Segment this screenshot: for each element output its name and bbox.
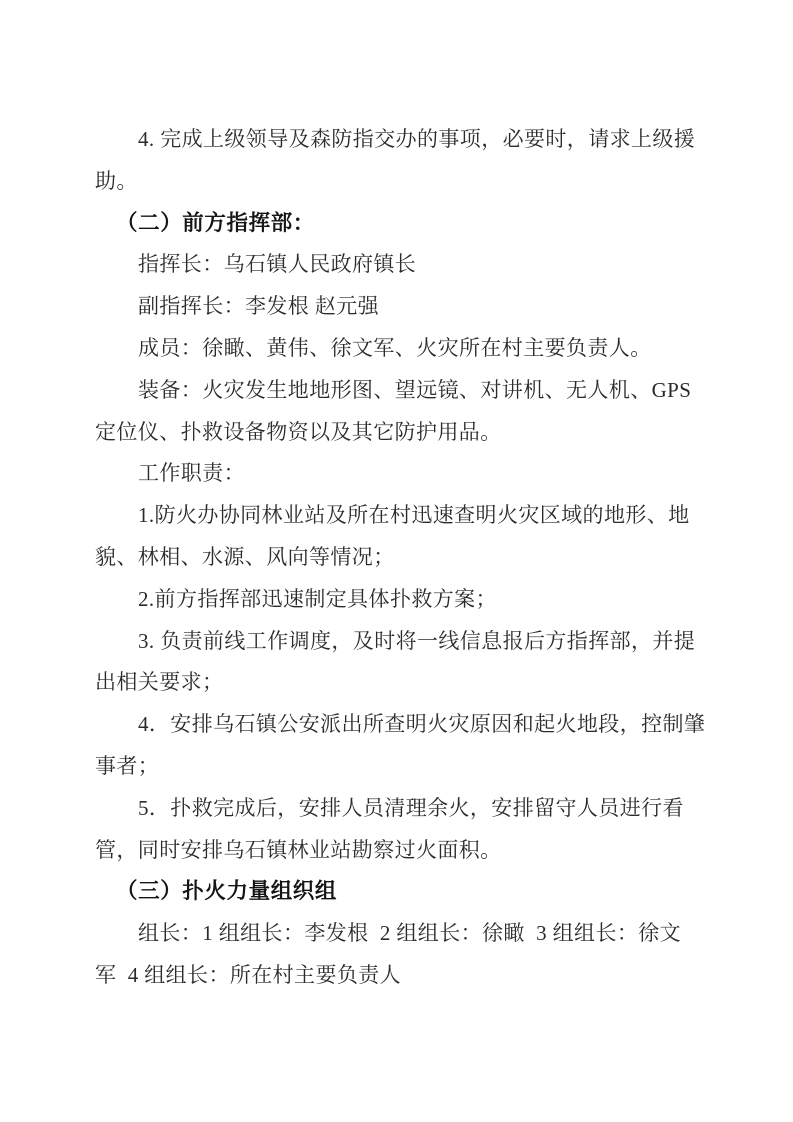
text-line: 成员：徐瞰、黄伟、徐文军、火灾所在村主要负责人。 [95,328,709,370]
text-line: 2.前方指挥部迅速制定具体扑救方案； [95,579,709,621]
body-paragraph: 3. 负责前线工作调度，及时将一线信息报后方指挥部，并提出相关要求； [95,621,709,705]
body-paragraph: 装备：火灾发生地地形图、望远镜、对讲机、无人机、GPS定位仪、扑救设备物资以及其… [95,370,709,454]
text-line: 4．安排乌石镇公安派出所查明火灾原因和起火地段，控制肇 [95,704,709,746]
section-heading: （二）前方指挥部： [95,203,709,245]
body-paragraph: 组长：1 组组长：李发根 2 组组长：徐瞰 3 组组长：徐文军 4 组组长：所在… [95,913,709,997]
text-line: 5．扑救完成后，安排人员清理余火，安排留守人员进行看 [95,788,709,830]
body-paragraph: 4．安排乌石镇公安派出所查明火灾原因和起火地段，控制肇事者； [95,704,709,788]
body-paragraph: 2.前方指挥部迅速制定具体扑救方案； [95,579,709,621]
text-line: 副指挥长：李发根 赵元强 [95,286,709,328]
text-line: 4. 完成上级领导及森防指交办的事项，必要时，请求上级援 [95,119,709,161]
body-paragraph: 1.防火办协同林业站及所在村迅速查明火灾区域的地形、地貌、林相、水源、风向等情况… [95,495,709,579]
text-line: 事者； [95,746,709,788]
text-line: 装备：火灾发生地地形图、望远镜、对讲机、无人机、GPS [95,370,709,412]
body-paragraph: 工作职责： [95,453,709,495]
text-line: 组长：1 组组长：李发根 2 组组长：徐瞰 3 组组长：徐文 [95,913,709,955]
text-line: 出相关要求； [95,662,709,704]
text-line: 管，同时安排乌石镇林业站勘察过火面积。 [95,830,709,872]
section-heading: （三）扑火力量组织组 [95,871,709,913]
text-line: 指挥长：乌石镇人民政府镇长 [95,244,709,286]
body-paragraph: 成员：徐瞰、黄伟、徐文军、火灾所在村主要负责人。 [95,328,709,370]
body-paragraph: 4. 完成上级领导及森防指交办的事项，必要时，请求上级援助。 [95,119,709,203]
text-line: 助。 [95,161,709,203]
text-line: 貌、林相、水源、风向等情况； [95,537,709,579]
text-line: 军 4 组组长：所在村主要负责人 [95,955,709,997]
heading-line: （三）扑火力量组织组 [95,871,709,913]
body-paragraph: 副指挥长：李发根 赵元强 [95,286,709,328]
document-page: 4. 完成上级领导及森防指交办的事项，必要时，请求上级援助。（二）前方指挥部：指… [0,0,793,1122]
text-line: 工作职责： [95,453,709,495]
heading-line: （二）前方指挥部： [95,203,709,245]
text-line: 3. 负责前线工作调度，及时将一线信息报后方指挥部，并提 [95,621,709,663]
text-line: 1.防火办协同林业站及所在村迅速查明火灾区域的地形、地 [95,495,709,537]
body-paragraph: 指挥长：乌石镇人民政府镇长 [95,244,709,286]
text-line: 定位仪、扑救设备物资以及其它防护用品。 [95,412,709,454]
body-paragraph: 5．扑救完成后，安排人员清理余火，安排留守人员进行看管，同时安排乌石镇林业站勘察… [95,788,709,872]
